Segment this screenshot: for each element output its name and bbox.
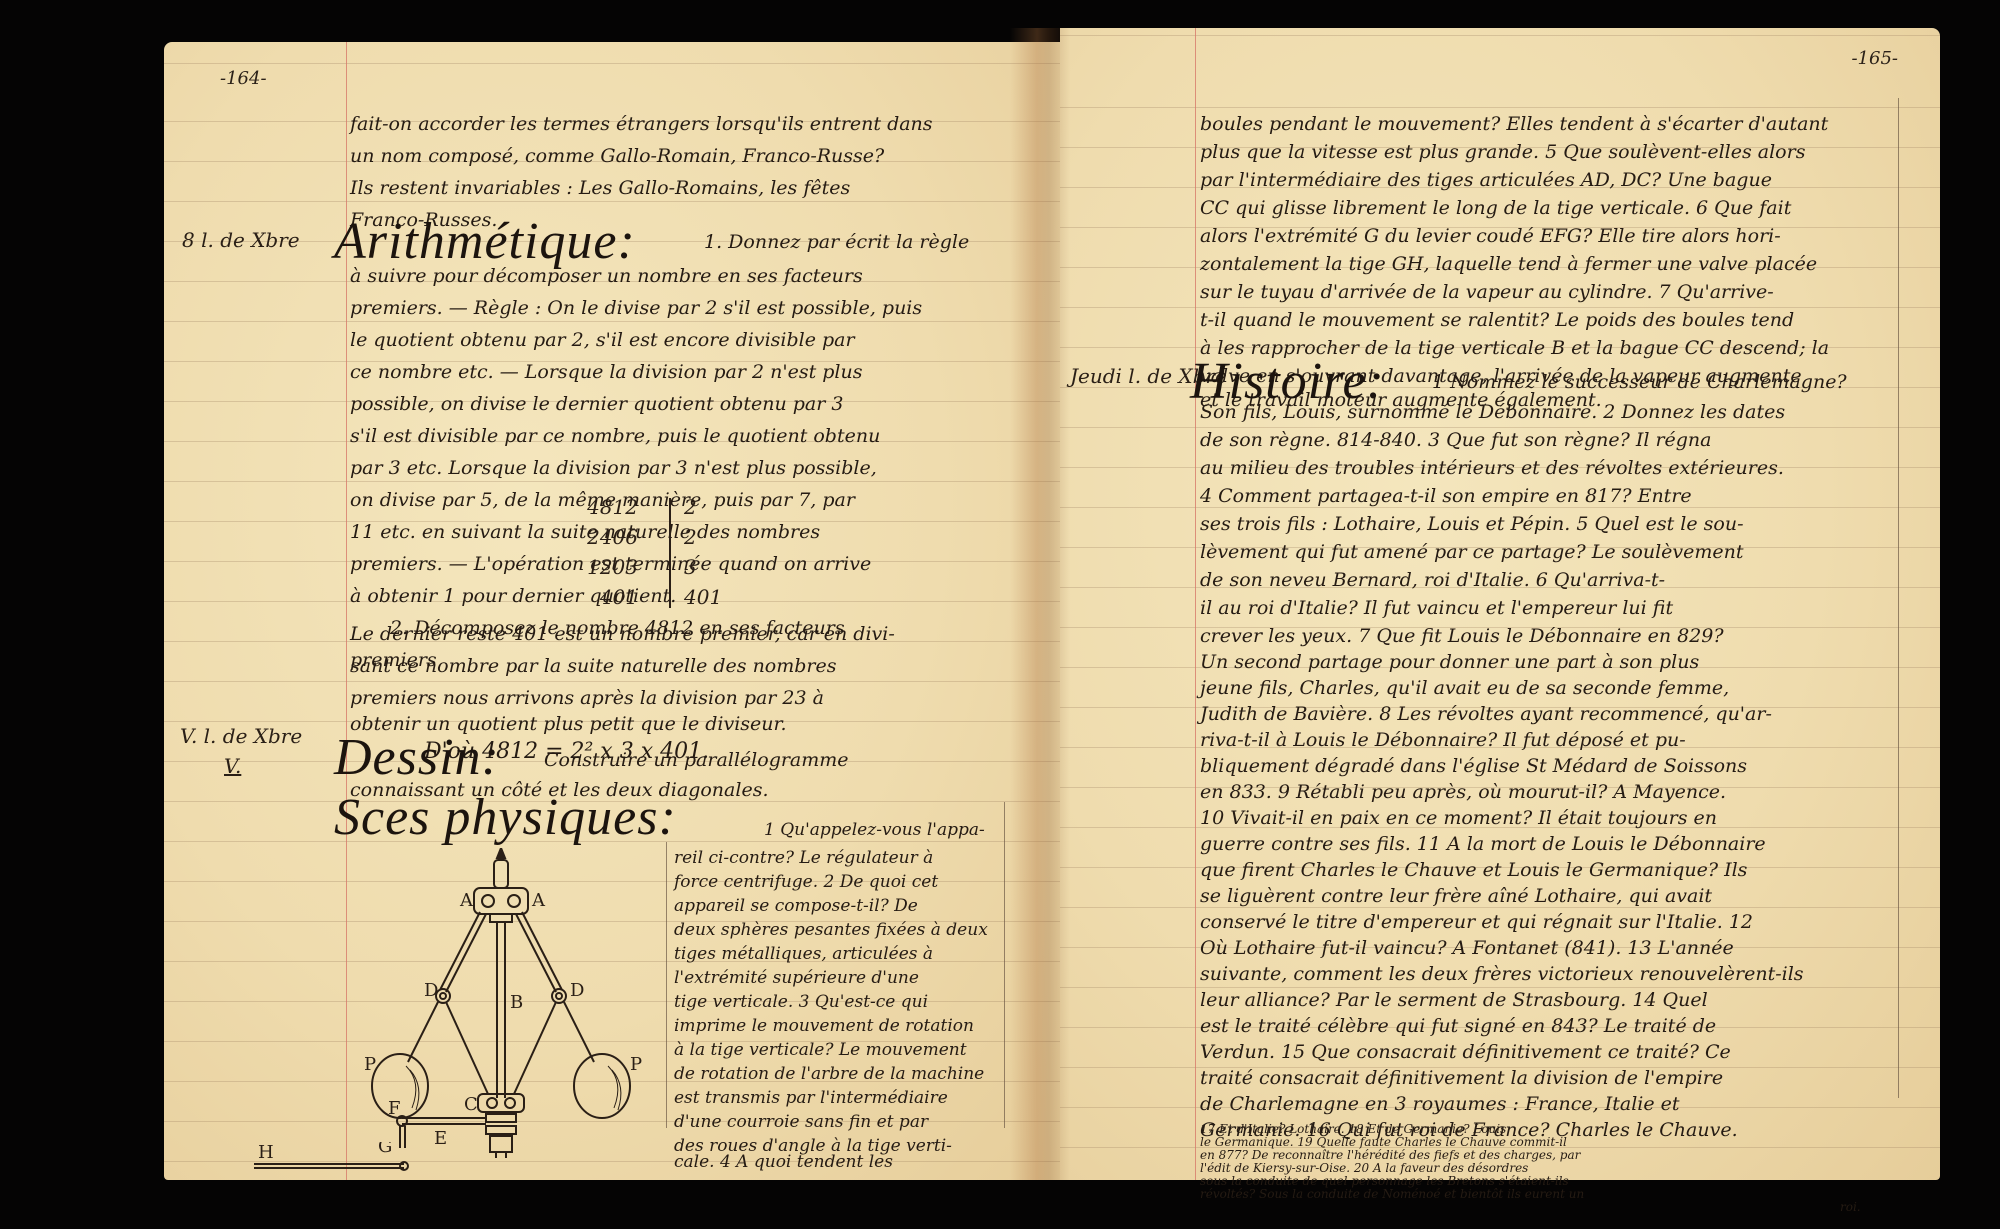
diagram-label-g: G [378, 1142, 392, 1157]
text-box-right-border [1004, 802, 1005, 1128]
text-line: révoltés? Sous la conduite de Noménoé et… [1200, 1188, 1584, 1201]
diagram-label-p-left: P [364, 1054, 376, 1075]
factorization-divisors: 2 2 3 401 [684, 492, 722, 612]
text-line: cale. 4 A quoi tendent les [674, 1142, 893, 1182]
diagram-label-f: F [388, 1098, 401, 1119]
margin-note-grade: V. [224, 754, 241, 778]
diagram-label-d-left: D [424, 980, 438, 1001]
factorization-divider [669, 498, 671, 608]
diagram-label-p-right: P [630, 1054, 642, 1075]
factorization-dividends: 4812 2406 1203 401 [548, 492, 638, 612]
diagram-label-a-left: A [459, 890, 474, 911]
diagram-label-b: B [510, 992, 523, 1013]
margin-date-dessin: V. l. de Xbre [180, 724, 302, 748]
right-page: -165- boules pendant le mouvement? Elles… [1060, 28, 1940, 1180]
margin-date-arithmetique: 8 l. de Xbre [182, 228, 300, 252]
right-text-border [1898, 98, 1899, 1098]
diagram-label-d-right: D [570, 980, 584, 1001]
diagram-label-a-right: A [531, 890, 546, 911]
page-number-right: -165- [1851, 48, 1898, 69]
text-box-left-border [666, 842, 667, 1128]
diagram-label-c: C [464, 1094, 478, 1115]
centrifugal-governor-diagram: A A D D B P P C F E [304, 848, 664, 1158]
lever-rod-diagram: H G [244, 1142, 444, 1182]
page-number-left: -164- [220, 68, 267, 89]
right-margin-rule [1195, 28, 1196, 1180]
diagram-label-h: H [258, 1142, 274, 1163]
text-line: roi. [1840, 1201, 1861, 1214]
heading-sciences-physiques: Sces physiques: [334, 792, 677, 844]
left-page: -164- fait-on accorder les termes étrang… [164, 42, 1060, 1180]
